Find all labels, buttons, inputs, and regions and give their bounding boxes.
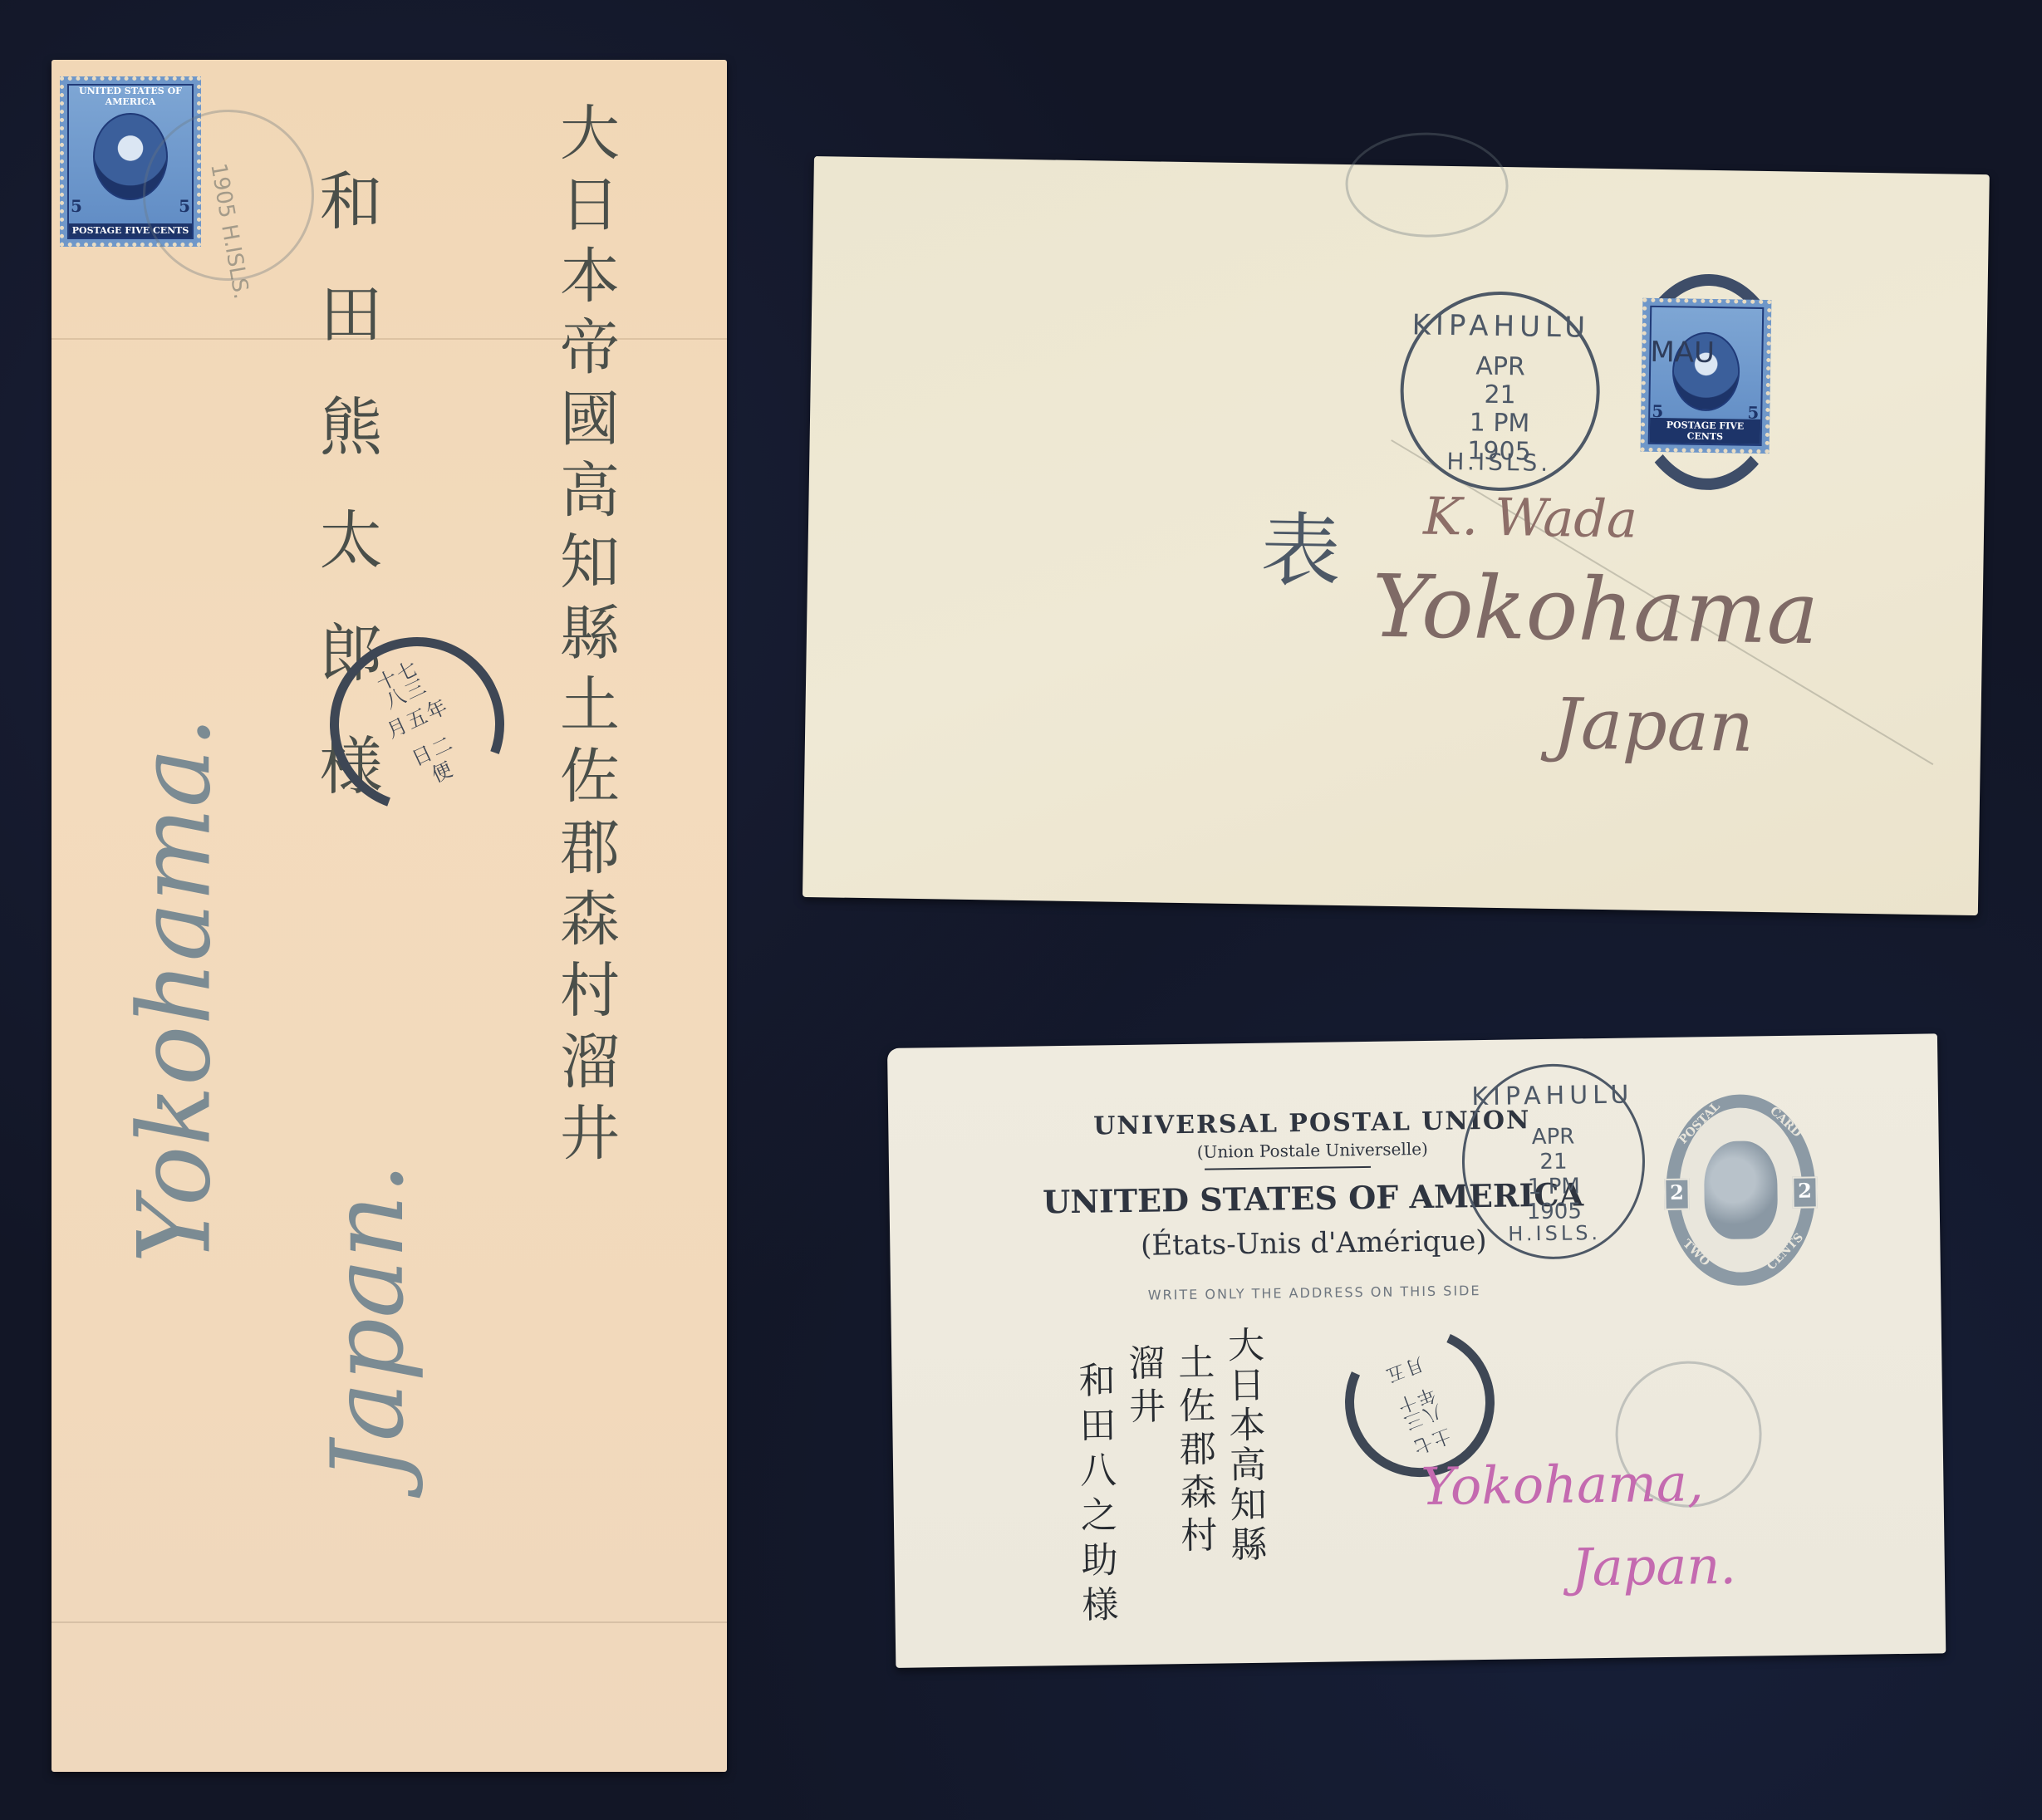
imprinted-stamp: 2 2 POSTAL CARD TWO CENTS xyxy=(1665,1093,1817,1286)
japanese-address-line-2: 土佐郡森村 xyxy=(1166,1342,1223,1659)
recipient-country: Japan xyxy=(1553,683,1755,768)
recipient-city: Yokohama xyxy=(1372,556,1819,664)
japanese-recipient: 和田八之助様 xyxy=(1066,1361,1123,1677)
japanese-address-line-3: 溜井 xyxy=(1116,1343,1171,1510)
kipahulu-postmark: KIPAHULU APR 21 1 PM 1905 H.ISLS. xyxy=(1460,1062,1646,1260)
handwritten-yokohama: Yokohama. xyxy=(118,716,233,1263)
country-handwritten: Japan. xyxy=(1571,1535,1736,1598)
envelope-left: UNITED STATES OF AMERICA 5 5 POSTAGE FIV… xyxy=(52,60,727,1772)
cancel-text: MAU xyxy=(1650,336,1715,370)
lincoln-stamp: 5 5 POSTAGE FIVE CENTS xyxy=(1641,298,1772,454)
recipient-name: K. Wada xyxy=(1423,486,1638,550)
liberty-head-icon xyxy=(1704,1141,1779,1239)
envelope-right: KIPAHULU APR 21 1 PM 1905 H.ISLS. 5 5 PO… xyxy=(803,156,1990,915)
faint-postmark xyxy=(1345,131,1509,238)
fold-crease xyxy=(52,1621,727,1623)
instruction-text: WRITE ONLY THE ADDRESS ON THIS SIDE xyxy=(999,1281,1630,1306)
handwritten-japan: Japan. xyxy=(311,1163,426,1481)
kipahulu-postmark: KIPAHULU APR 21 1 PM 1905 H.ISLS. xyxy=(1399,290,1602,493)
city-handwritten: Yokohama, xyxy=(1421,1452,1704,1517)
japanese-address-line-1: 大日本高知縣 xyxy=(1215,1326,1273,1651)
divider xyxy=(1205,1166,1371,1170)
kanji-mark: 表 xyxy=(1260,488,1342,602)
postal-card: UNIVERSAL POSTAL UNION (Union Postale Un… xyxy=(887,1033,1946,1668)
japanese-address: 大日本帝國高知縣土佐郡森村溜井 xyxy=(542,101,628,1513)
